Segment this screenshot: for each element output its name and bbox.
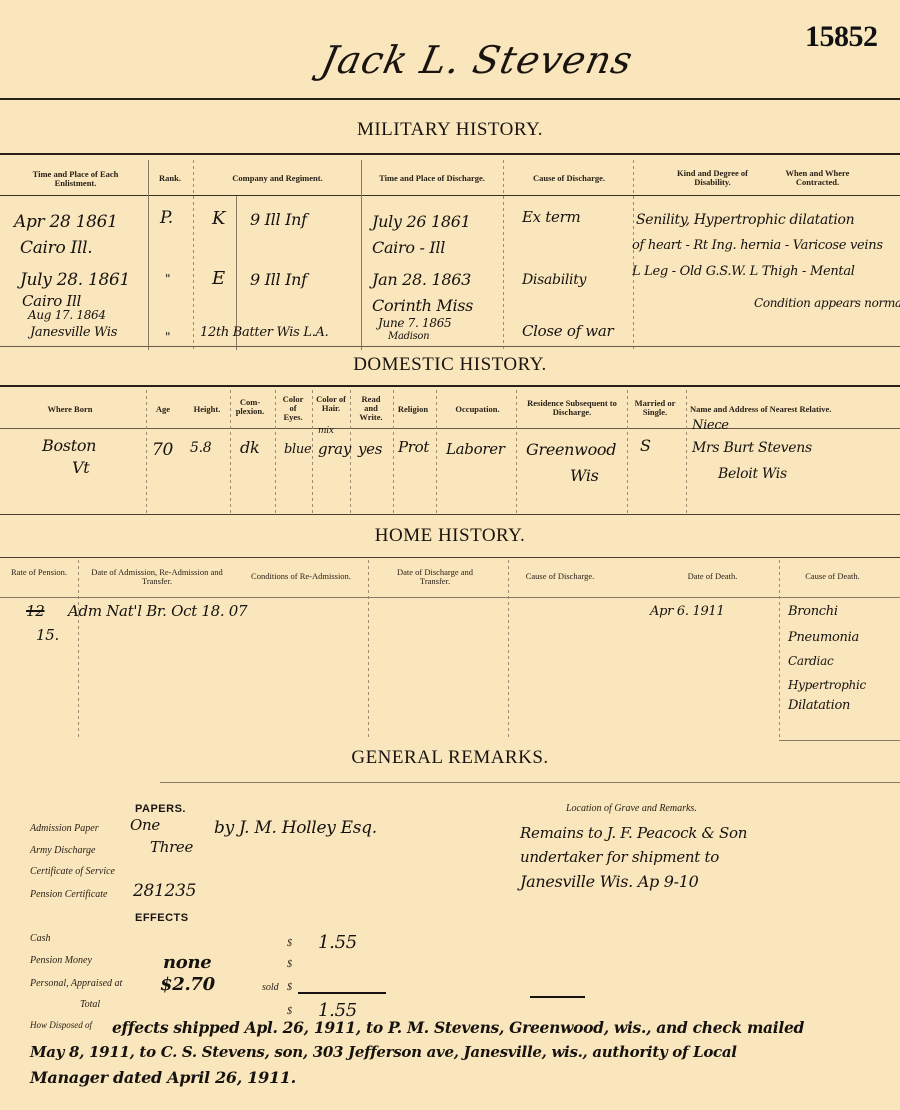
papers-label-admission: Admission Paper [30,823,99,834]
header-company-regiment: Company and Regiment. [195,174,360,183]
rate-value: 15. [36,626,59,644]
col-divider [146,390,147,515]
personal-value: $2.70 [160,974,215,995]
enlistment-place-3: Janesville Wis [30,325,117,340]
hair-value: gray [318,440,351,458]
date-death-value: Apr 6. 1911 [650,604,724,619]
grave-line-1: Remains to J. F. Peacock & Son [520,824,747,842]
sold-label: sold [262,982,279,993]
header-discharge: Time and Place of Discharge. [362,174,502,183]
pension-currency: $ [287,959,292,970]
enlistment-date-3: Aug 17. 1864 [28,308,106,322]
col-divider [361,160,362,350]
sold-currency: $ [287,982,292,993]
cause-death-4: Hypertrophic [788,678,866,692]
read-write-value: yes [358,440,382,458]
age-value: 70 [152,440,173,460]
disability-line-4: Condition appears normal [754,296,900,310]
col-divider [516,390,517,515]
header-cause-discharge: Cause of Discharge. [505,174,633,183]
relative-note: Niece [692,418,729,433]
military-history-title: MILITARY HISTORY. [0,119,900,141]
home-history-title: HOME HISTORY. [0,525,900,547]
col-divider [686,390,687,515]
cause-discharge-3: Close of war [522,322,613,340]
enlistment-date-1: Apr 28 1861 [14,212,118,232]
military-bottom-rule [0,346,900,347]
papers-label-army-discharge: Army Discharge [30,845,95,856]
header-hair: Color of Hair. [315,395,347,413]
cause-death-3: Cardiac [788,654,833,668]
grave-title: Location of Grave and Remarks. [566,803,697,814]
enlistment-date-2: July 28. 1861 [20,270,130,290]
header-married: Married or Single. [630,399,680,417]
rate-struck: 12 [26,602,45,620]
discharge-place-2: Corinth Miss [372,296,473,315]
rank-3: " [165,330,170,344]
papers-value-pension-certificate: 281235 [133,881,196,901]
occupation-value: Laborer [446,440,505,458]
header-complexion: Com-plexion. [230,398,270,416]
col-divider [436,390,437,515]
discharge-date-3: June 7. 1865 [378,316,451,330]
company-2: E [212,268,225,289]
col-divider [779,560,780,740]
eyes-value: blue [284,442,311,457]
grave-line-2: undertaker for shipment to [520,848,719,866]
header-relative: Name and Address of Nearest Relative. [690,405,870,414]
relative-2: Beloit Wis [718,466,787,482]
rule-top [0,98,900,100]
total-label: Total [80,999,100,1010]
height-value: 5.8 [190,440,211,456]
hair-note: mix [318,426,334,436]
header-height: Height. [186,405,228,414]
papers-label-certificate-service: Certificate of Service [30,866,115,877]
rank-2: " [165,272,170,286]
admission-value: Adm Nat'l Br. Oct 18. 07 [68,602,247,620]
papers-note: by J. M. Holley Esq. [214,818,377,838]
discharge-date-1: July 26 1861 [372,212,471,231]
col-divider [627,390,628,515]
military-header-rule [0,195,900,196]
header-disability: Kind and Degree of Disability. [665,169,760,187]
col-divider [393,390,394,515]
col-divider [230,390,231,515]
residence-2: Wis [570,466,599,485]
discharge-place-3: Madison [388,331,429,342]
header-rate: Rate of Pension. [10,568,68,577]
header-where-born: Where Born [20,405,120,414]
regiment-2: 9 Ill Inf [250,270,307,289]
header-cause-death: Cause of Death. [785,572,880,581]
header-admission: Date of Admission, Re-Admission and Tran… [82,568,232,586]
residence-1: Greenwood [526,440,616,459]
right-blank-line [530,996,585,998]
home-bottom-rule [779,740,900,741]
complexion-value: dk [240,438,259,457]
header-rank: Rank. [150,174,190,183]
disposed-line-3: Manager dated April 26, 1911. [30,1068,296,1087]
col-divider [312,390,313,515]
header-contracted: When and Where Contracted. [770,169,865,187]
enlistment-place-1: Cairo Ill. [20,238,92,258]
pension-money-note: none [163,952,211,973]
cash-currency: $ [287,938,292,949]
rule-domestic-top [0,385,900,387]
personal-label: Personal, Appraised at [30,978,122,989]
cause-death-5: Dilatation [788,698,850,713]
record-number: 15852 [805,20,878,54]
where-born-2: Vt [72,458,89,477]
col-divider [78,560,79,740]
effects-title: EFFECTS [135,912,189,924]
discharge-place-1: Cairo - Ill [372,238,445,257]
discharge-date-2: Jan 28. 1863 [372,270,471,289]
rule-military-top [0,153,900,155]
cause-death-1: Bronchi [788,604,838,619]
col-divider [508,560,509,740]
col-divider [503,160,504,350]
col-divider [633,160,634,350]
header-age: Age [148,405,178,414]
header-eyes: Color of Eyes. [279,395,307,422]
header-home-cause-discharge: Cause of Discharge. [505,572,615,581]
header-home-discharge: Date of Discharge and Transfer. [385,568,485,586]
cause-discharge-2: Disability [522,272,586,288]
grave-line-3: Janesville Wis. Ap 9-10 [520,872,698,891]
header-occupation: Occupation. [440,405,515,414]
sold-blank-line [298,992,386,994]
papers-title: PAPERS. [135,803,186,815]
general-remarks-title: GENERAL REMARKS. [0,747,900,769]
married-value: S [640,436,651,455]
cause-discharge-1: Ex term [522,208,580,226]
disposed-line-1: effects shipped Apl. 26, 1911, to P. M. … [112,1018,804,1037]
header-enlistment: Time and Place of Each Enlistment. [18,170,133,188]
disability-line-2: of heart - Rt Ing. hernia - Varicose vei… [632,238,883,253]
col-divider [368,560,369,740]
col-divider [193,160,194,350]
where-born-1: Boston [42,436,96,455]
religion-value: Prot [398,438,429,456]
cash-value: 1.55 [318,932,357,953]
rule-home-top [0,557,900,558]
disposed-label: How Disposed of [30,1020,92,1030]
pension-money-label: Pension Money [30,955,92,966]
domestic-header-rule [0,428,900,429]
cash-label: Cash [30,933,51,944]
domestic-bottom-rule [0,514,900,515]
relative-1: Mrs Burt Stevens [692,440,812,456]
domestic-history-title: DOMESTIC HISTORY. [0,354,900,376]
rank-1: P. [160,208,173,228]
disability-line-3: L Leg - Old G.S.W. L Thigh - Mental [632,264,855,279]
name-signature: Jack L. Stevens [317,38,637,82]
company-1: K [212,208,225,229]
header-conditions: Conditions of Re-Admission. [232,572,370,581]
header-date-death: Date of Death. [665,572,760,581]
col-divider [148,160,149,350]
remarks-rule [160,782,900,783]
col-divider [275,390,276,515]
papers-value-army-discharge: Three [150,838,193,856]
papers-value-admission: One [130,816,160,834]
disposed-line-2: May 8, 1911, to C. S. Stevens, son, 303 … [30,1043,737,1061]
home-header-rule [0,597,900,598]
cause-death-2: Pneumonia [788,630,859,645]
regiment-3: 12th Batter Wis L.A. [200,325,328,340]
papers-label-pension-certificate: Pension Certificate [30,889,108,900]
regiment-1: 9 Ill Inf [250,210,307,229]
header-residence: Residence Subsequent to Discharge. [518,399,626,417]
header-read-write: Read and Write. [355,395,387,422]
header-religion: Religion [392,405,434,414]
disability-line-1: Senility, Hypertrophic dilatation [636,212,854,228]
total-currency: $ [287,1006,292,1017]
